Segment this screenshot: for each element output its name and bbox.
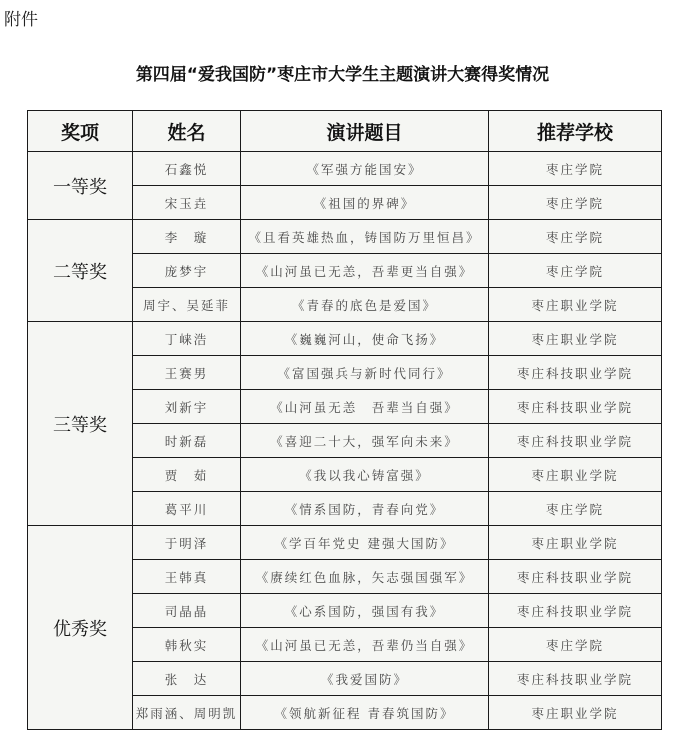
name-cell: 于明泽 (133, 526, 241, 560)
table-row: 一等奖 石鑫悦 《军强方能国安》 枣庄学院 (28, 152, 662, 186)
topic-cell: 《心系国防，强国有我》 (241, 594, 489, 628)
topic-cell: 《富国强兵与新时代同行》 (241, 356, 489, 390)
award-level-cell: 一等奖 (28, 152, 133, 220)
name-cell: 刘新宇 (133, 390, 241, 424)
name-cell: 贾 茹 (133, 458, 241, 492)
school-cell: 枣庄学院 (489, 152, 662, 186)
table-row: 三等奖 丁崃浩 《巍巍河山，使命飞扬》 枣庄职业学院 (28, 322, 662, 356)
topic-cell: 《军强方能国安》 (241, 152, 489, 186)
topic-cell: 《且看英雄热血，铸国防万里恒昌》 (241, 220, 489, 254)
school-cell: 枣庄职业学院 (489, 288, 662, 322)
school-cell: 枣庄职业学院 (489, 322, 662, 356)
topic-cell: 《学百年党史 建强大国防》 (241, 526, 489, 560)
table-row: 优秀奖 于明泽 《学百年党史 建强大国防》 枣庄职业学院 (28, 526, 662, 560)
school-cell: 枣庄科技职业学院 (489, 560, 662, 594)
topic-cell: 《青春的底色是爱国》 (241, 288, 489, 322)
topic-cell: 《赓续红色血脉，矢志强国强军》 (241, 560, 489, 594)
school-cell: 枣庄科技职业学院 (489, 594, 662, 628)
topic-cell: 《我爱国防》 (241, 662, 489, 696)
awards-table: 奖项 姓名 演讲题目 推荐学校 一等奖 石鑫悦 《军强方能国安》 枣庄学院 宋玉… (27, 110, 662, 730)
name-cell: 宋玉垚 (133, 186, 241, 220)
name-cell: 司晶晶 (133, 594, 241, 628)
name-cell: 丁崃浩 (133, 322, 241, 356)
topic-cell: 《祖国的界碑》 (241, 186, 489, 220)
topic-cell: 《喜迎二十大，强军向未来》 (241, 424, 489, 458)
header-award: 奖项 (28, 111, 133, 152)
name-cell: 韩秋实 (133, 628, 241, 662)
page-title: 第四届“爱我国防”枣庄市大学生主题演讲大赛得奖情况 (0, 60, 685, 85)
name-cell: 庞梦宇 (133, 254, 241, 288)
name-cell: 王韩真 (133, 560, 241, 594)
name-cell: 时新磊 (133, 424, 241, 458)
school-cell: 枣庄学院 (489, 254, 662, 288)
name-cell: 张 达 (133, 662, 241, 696)
header-topic: 演讲题目 (241, 111, 489, 152)
name-cell: 郑雨涵、周明凯 (133, 696, 241, 730)
header-name: 姓名 (133, 111, 241, 152)
school-cell: 枣庄科技职业学院 (489, 390, 662, 424)
school-cell: 枣庄科技职业学院 (489, 424, 662, 458)
award-level-cell: 优秀奖 (28, 526, 133, 730)
name-cell: 李 璇 (133, 220, 241, 254)
table-row: 二等奖 李 璇 《且看英雄热血，铸国防万里恒昌》 枣庄学院 (28, 220, 662, 254)
school-cell: 枣庄职业学院 (489, 526, 662, 560)
topic-cell: 《山河虽已无恙，吾辈更当自强》 (241, 254, 489, 288)
award-level-cell: 三等奖 (28, 322, 133, 526)
school-cell: 枣庄学院 (489, 220, 662, 254)
school-cell: 枣庄职业学院 (489, 458, 662, 492)
attachment-label: 附件 (4, 5, 38, 30)
name-cell: 王赛男 (133, 356, 241, 390)
school-cell: 枣庄学院 (489, 186, 662, 220)
topic-cell: 《情系国防，青春向党》 (241, 492, 489, 526)
school-cell: 枣庄学院 (489, 628, 662, 662)
header-school: 推荐学校 (489, 111, 662, 152)
topic-cell: 《巍巍河山，使命飞扬》 (241, 322, 489, 356)
topic-cell: 《我以我心铸富强》 (241, 458, 489, 492)
name-cell: 葛平川 (133, 492, 241, 526)
name-cell: 石鑫悦 (133, 152, 241, 186)
table-header-row: 奖项 姓名 演讲题目 推荐学校 (28, 111, 662, 152)
school-cell: 枣庄职业学院 (489, 696, 662, 730)
school-cell: 枣庄科技职业学院 (489, 662, 662, 696)
award-level-cell: 二等奖 (28, 220, 133, 322)
topic-cell: 《山河虽已无恙，吾辈仍当自强》 (241, 628, 489, 662)
name-cell: 周宇、吴延菲 (133, 288, 241, 322)
topic-cell: 《山河虽无恙 吾辈当自强》 (241, 390, 489, 424)
school-cell: 枣庄科技职业学院 (489, 356, 662, 390)
school-cell: 枣庄学院 (489, 492, 662, 526)
topic-cell: 《领航新征程 青春筑国防》 (241, 696, 489, 730)
